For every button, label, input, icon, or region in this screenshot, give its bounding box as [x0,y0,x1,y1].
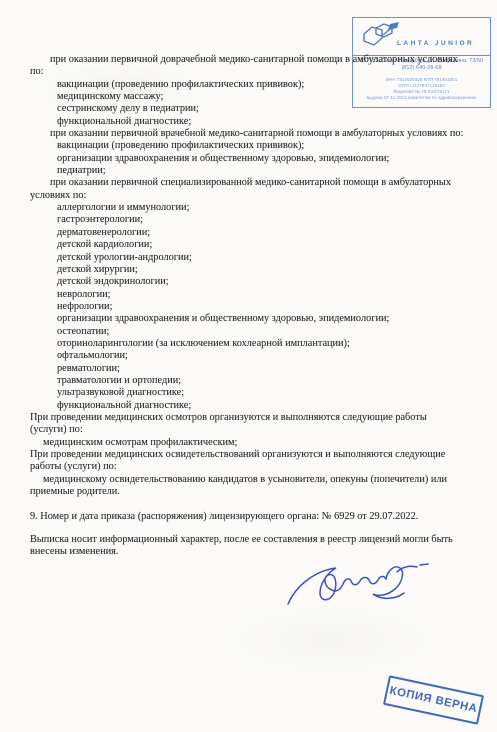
document-line: внесены изменения. [30,546,475,558]
document-line: оториноларингологии (за исключением кохл… [30,338,475,350]
document-line: приемные родители. [30,486,475,498]
document-line: детской хирургии; [30,264,475,276]
document-line: вакцинации (проведению профилактических … [30,79,475,91]
document-line: ультразвуковой диагностике; [30,387,475,399]
document-line: при оказании первичной врачебной медико-… [30,128,475,140]
document-line: детской кардиологии; [30,239,475,251]
document-line: дерматовенерологии; [30,227,475,239]
document-line: нефрологии; [30,301,475,313]
document-line: вакцинации (проведению профилактических … [30,140,475,152]
document-line: детской урологии-андрологии; [30,252,475,264]
document-line: (услуги) по: [30,424,475,436]
document-line: аллергологии и иммунологии; [30,202,475,214]
document-line: медицинским осмотрам профилактическим; [30,437,475,449]
document-line: При проведении медицинских освидетельств… [30,449,475,461]
document-line: Выписка носит информационный характер, п… [30,534,475,546]
company-stamp-brand: LAHTA JUNIOR [397,40,474,47]
document-line: гастроэнтерологии; [30,214,475,226]
signature-icon [282,560,434,626]
document-line: педиатрии; [30,165,475,177]
lahta-junior-logo-icon [361,21,401,51]
document-line: неврологии; [30,289,475,301]
company-stamp-header: LAHTA JUNIOR [353,18,490,54]
document-line: организации здравоохранения и общественн… [30,313,475,325]
document-line: медицинскому массажу; [30,91,475,103]
logo-flag [388,22,399,30]
document-line: по: [30,66,475,78]
document-line: травматологии и ортопедии; [30,375,475,387]
document-line: организации здравоохранения и общественн… [30,153,475,165]
document-line: детской эндокринологии; [30,276,475,288]
scanned-license-page: при оказании первичной доврачебной медик… [0,0,497,732]
document-line: при оказании первичной специализированно… [30,177,475,189]
document-body-text: при оказании первичной доврачебной медик… [30,54,475,558]
document-line: работы (услуги) по: [30,461,475,473]
document-line: ревматологии; [30,363,475,375]
document-line: остеопатии; [30,326,475,338]
document-line: медицинскому освидетельствованию кандида… [30,474,475,486]
document-line: при оказании первичной доврачебной медик… [30,54,475,66]
document-line: При проведении медицинских осмотров орга… [30,412,475,424]
document-line: условиях по: [30,190,475,202]
document-line: 9. Номер и дата приказа (распоряжения) л… [30,511,475,523]
document-line: функциональной диагностике; [30,400,475,412]
document-line: функциональной диагностике; [30,116,475,128]
copy-verna-stamp: КОПИЯ ВЕРНА [383,675,484,725]
document-line: офтальмологии; [30,350,475,362]
document-line: сестринскому делу в педиатрии; [30,103,475,115]
